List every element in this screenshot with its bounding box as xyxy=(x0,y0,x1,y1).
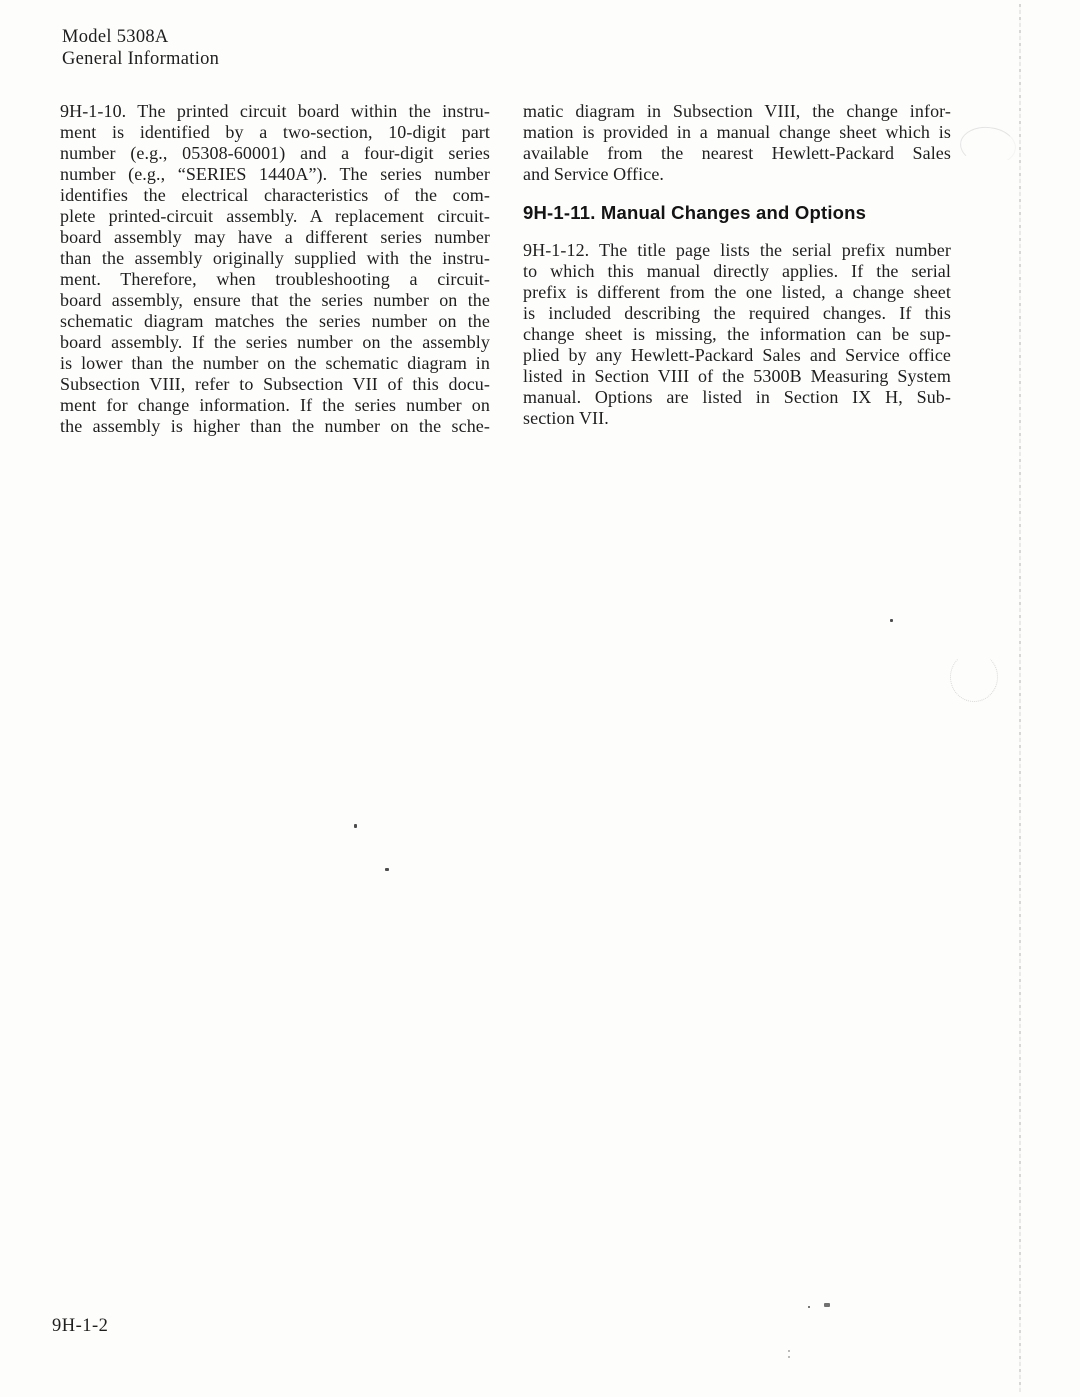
page-number: 9H-1-2 xyxy=(52,1316,108,1336)
scan-artifact-vertical-line xyxy=(1019,4,1021,1392)
text-line: than the assembly originally supplied wi… xyxy=(60,248,490,269)
heading-manual-changes-and-options: 9H-1-11. Manual Changes and Options xyxy=(523,202,951,223)
scan-artifact-speck xyxy=(890,619,893,622)
text-line: board assembly. If the series number on … xyxy=(60,332,490,353)
text-line: the assembly is higher than the number o… xyxy=(60,416,490,437)
text-line: plied by any Hewlett-Packard Sales and S… xyxy=(523,345,951,366)
scan-artifact-smudge-middle xyxy=(950,652,998,702)
page-header: Model 5308A General Information xyxy=(62,26,219,70)
paragraph-9h-1-12: 9H-1-12. The title page lists the serial… xyxy=(523,240,951,429)
paragraph-continuation: matic diagram in Subsection VIII, the ch… xyxy=(523,101,951,185)
page-footer: 9H-1-2 xyxy=(52,1316,108,1337)
text-line: 9H-1-10. The printed circuit board withi… xyxy=(60,101,490,122)
section-title: General Information xyxy=(62,48,219,70)
two-column-text-body: 9H-1-10. The printed circuit board withi… xyxy=(60,101,951,437)
manual-page: Model 5308A General Information 9H-1-10.… xyxy=(0,0,1080,1397)
text-line: manual. Options are listed in Section IX… xyxy=(523,387,951,408)
model-number: Model 5308A xyxy=(62,26,219,48)
text-line: section VII. xyxy=(523,408,951,429)
text-line: ment is identified by a two-section, 10-… xyxy=(60,122,490,143)
text-line: board assembly, ensure that the series n… xyxy=(60,290,490,311)
text-line: number (e.g., “SERIES 1440A”). The serie… xyxy=(60,164,490,185)
left-column: 9H-1-10. The printed circuit board withi… xyxy=(60,101,490,437)
text-line: ment. Therefore, when troubleshooting a … xyxy=(60,269,490,290)
scan-artifact-speck xyxy=(788,1350,790,1352)
scan-artifact-smudge-top xyxy=(958,124,1018,168)
text-line: is lower than the number on the schemati… xyxy=(60,353,490,374)
scan-artifact-speck xyxy=(824,1303,830,1307)
text-line: Subsection VIII, refer to Subsection VII… xyxy=(60,374,490,395)
text-line: plete printed-circuit assembly. A replac… xyxy=(60,206,490,227)
text-line: listed in Section VIII of the 5300B Meas… xyxy=(523,366,951,387)
text-line: 9H-1-12. The title page lists the serial… xyxy=(523,240,951,261)
text-line: prefix is different from the one listed,… xyxy=(523,282,951,303)
text-line: number (e.g., 05308-60001) and a four-di… xyxy=(60,143,490,164)
scan-artifact-speck xyxy=(808,1306,810,1308)
text-line: is included describing the required chan… xyxy=(523,303,951,324)
text-line: change sheet is missing, the information… xyxy=(523,324,951,345)
text-line: identifies the electrical characteristic… xyxy=(60,185,490,206)
paragraph-9h-1-10: 9H-1-10. The printed circuit board withi… xyxy=(60,101,490,437)
text-line: board assembly may have a different seri… xyxy=(60,227,490,248)
right-column: matic diagram in Subsection VIII, the ch… xyxy=(523,101,951,437)
scan-artifact-speck xyxy=(354,824,357,828)
text-line: matic diagram in Subsection VIII, the ch… xyxy=(523,101,951,122)
scan-artifact-speck xyxy=(385,868,389,871)
text-line: available from the nearest Hewlett-Packa… xyxy=(523,143,951,164)
text-line: schematic diagram matches the series num… xyxy=(60,311,490,332)
text-line: mation is provided in a manual change sh… xyxy=(523,122,951,143)
scan-artifact-speck xyxy=(788,1356,790,1358)
text-line: to which this manual directly applies. I… xyxy=(523,261,951,282)
text-line: and Service Office. xyxy=(523,164,951,185)
text-line: ment for change information. If the seri… xyxy=(60,395,490,416)
